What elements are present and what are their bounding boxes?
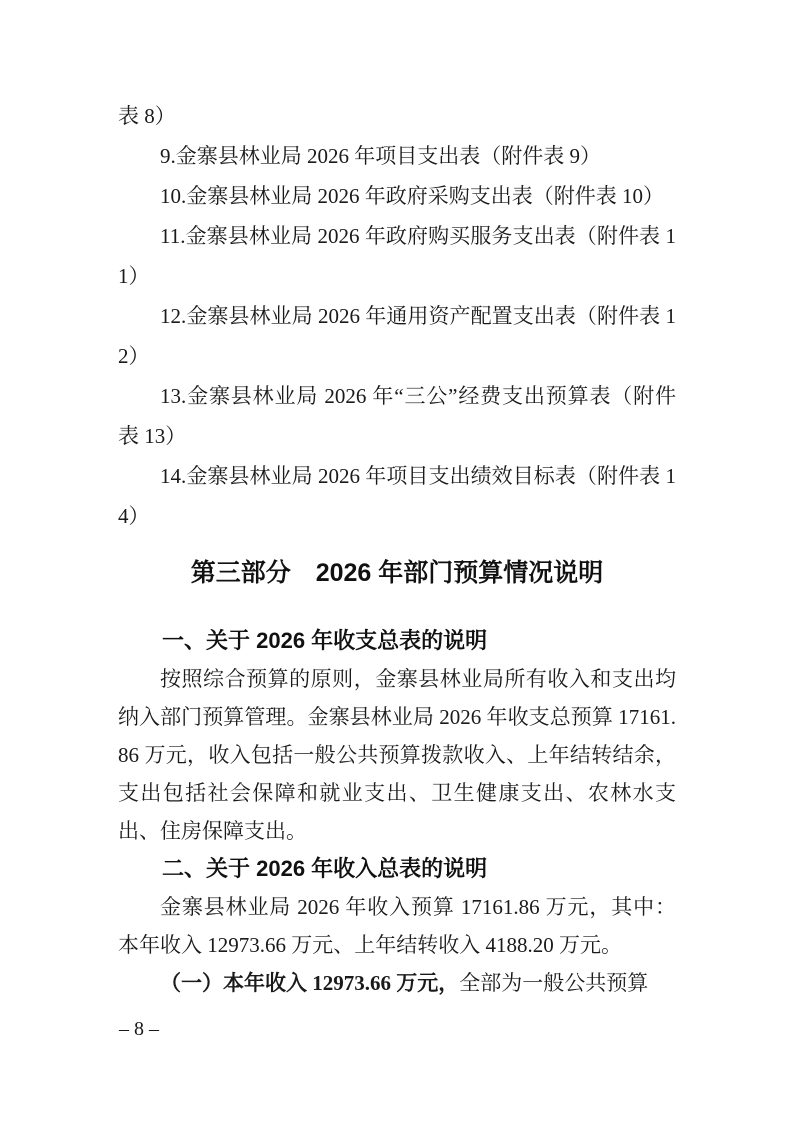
- section-1-paragraph: 按照综合预算的原则，金寨县林业局所有收入和支出均纳入部门预算管理。金寨县林业局 …: [118, 660, 676, 850]
- emphasis-rest-text: 全部为一般公共预算: [459, 971, 648, 995]
- list-item-14: 14.金寨县林业局 2026 年项目支出绩效目标表（附件表 14）: [118, 456, 676, 536]
- list-item-10: 10.金寨县林业局 2026 年政府采购支出表（附件表 10）: [118, 176, 676, 216]
- emphasis-lead-text: （一）本年收入 12973.66 万元，: [160, 971, 459, 995]
- section-2-emphasis-paragraph: （一）本年收入 12973.66 万元，全部为一般公共预算: [118, 964, 676, 1002]
- list-item-12: 12.金寨县林业局 2026 年通用资产配置支出表（附件表 12）: [118, 296, 676, 376]
- document-page: 表 8） 9.金寨县林业局 2026 年项目支出表（附件表 9） 10.金寨县林…: [0, 0, 793, 1122]
- list-item-9: 9.金寨县林业局 2026 年项目支出表（附件表 9）: [118, 136, 676, 176]
- list-item-13: 13.金寨县林业局 2026 年“三公”经费支出预算表（附件表 13）: [118, 376, 676, 456]
- list-item-8-continuation: 表 8）: [118, 96, 676, 136]
- page-content: 表 8） 9.金寨县林业局 2026 年项目支出表（附件表 9） 10.金寨县林…: [118, 96, 676, 1002]
- section-1-heading: 一、关于 2026 年收支总表的说明: [118, 622, 676, 660]
- list-item-11: 11.金寨县林业局 2026 年政府购买服务支出表（附件表 11）: [118, 216, 676, 296]
- section-2-paragraph: 金寨县林业局 2026 年收入预算 17161.86 万元，其中：本年收入 12…: [118, 888, 676, 964]
- page-number: – 8 –: [119, 1014, 159, 1044]
- attachment-table-list: 表 8） 9.金寨县林业局 2026 年项目支出表（附件表 9） 10.金寨县林…: [118, 96, 676, 536]
- section-2-heading: 二、关于 2026 年收入总表的说明: [118, 850, 676, 888]
- part-three-heading: 第三部分 2026 年部门预算情况说明: [118, 552, 676, 594]
